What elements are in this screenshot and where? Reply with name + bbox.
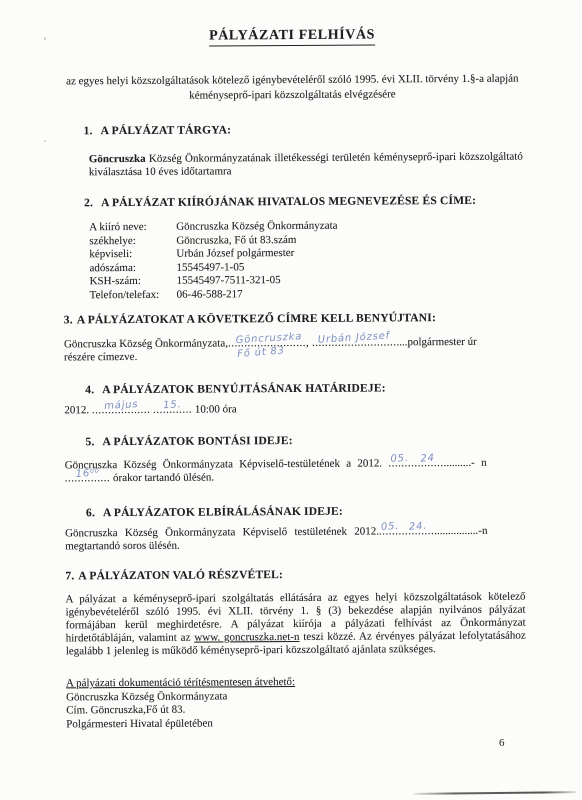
handwritten-judging-month: 05. (381, 520, 400, 534)
field-label: A kiíró neve: (89, 221, 176, 235)
section-3-line2: részére címezve. (64, 349, 524, 365)
section-6-text: Göncruszka Község Önkormányzata Képvisel… (65, 525, 379, 539)
section-4-title: A PÁLYÁZATOK BENYÚJTÁSÁNAK HATÁRIDEJE: (102, 382, 386, 396)
field-label: Telefon/telefax: (90, 288, 177, 302)
section-2-title: A PÁLYÁZAT KIÍRÓJÁNAK HIVATALOS MEGNEVEZ… (101, 195, 476, 209)
section-3-number: 3. (64, 313, 73, 327)
pickup-building: Polgármesteri Hivatal épületében (66, 715, 526, 731)
section-1-text: Község Önkormányzatának illetékességi te… (89, 151, 523, 179)
handwritten-judging-day-slot: ..........24. (402, 525, 435, 538)
handwritten-month-slot: ..................május (92, 404, 151, 417)
field-row-phone: Telefon/telefax: 06-46-588-217 (90, 286, 524, 302)
section-6-text-end: megtartandó soros ülésén. (65, 540, 180, 553)
field-value: Göncruszka, Fő út 83.szám (176, 233, 296, 247)
section-3-text-end: ....polgármester úr (396, 336, 476, 348)
section-7-heading: 7.A PÁLYÁZATON VALÓ RÉSZVÉTEL: (65, 567, 525, 584)
handwritten-day-slot: ............15. (153, 404, 192, 417)
handwritten-opening-month-slot: .......05. (388, 457, 411, 470)
section-7-body: A pályázat a kéményseprő-ipari szolgálta… (65, 591, 525, 659)
section-5-number: 5. (85, 435, 102, 449)
document-content: PÁLYÁZATI FELHÍVÁS az egyes helyi közszo… (62, 25, 526, 732)
field-value: Urbán József polgármester (176, 247, 294, 261)
section-1-number: 1. (84, 124, 101, 138)
section-5-line2: ..............16⁰⁰ órakor tartandó ülésé… (65, 470, 525, 486)
section-5-heading: 5.A PÁLYÁZATOK BONTÁSI IDEJE: (64, 433, 524, 450)
section-5-text-mid: ..........- n (444, 457, 487, 469)
handwritten-judging-day: 24. (408, 520, 427, 534)
handwritten-day: 15. (163, 398, 182, 412)
section-2-number: 2. (84, 196, 101, 210)
field-value: 06-46-588-217 (177, 288, 243, 302)
section-6-body: Göncruszka Község Önkormányzata Képvisel… (65, 525, 525, 554)
section-6-text-mid: ................-n (434, 525, 487, 537)
field-label: képviseli: (89, 248, 176, 262)
section-6-number: 6. (86, 506, 103, 520)
field-label: székhelye: (89, 234, 176, 248)
section-5-body: Göncruszka Község Önkormányzata Képvisel… (65, 457, 525, 486)
section-5-title: A PÁLYÁZATOK BONTÁSI IDEJE: (103, 435, 293, 448)
section-3-text: Göncruszka Község Önkormányzata, (64, 337, 228, 350)
handwritten-name-slot: ..........................Urbán József (312, 336, 397, 350)
scanned-document-page: PÁLYÁZATI FELHÍVÁS az egyes helyi közszo… (0, 0, 582, 800)
section-3-heading: 3.A PÁLYÁZATOKAT A KÖVETKEZŐ CÍMRE KELL … (64, 311, 524, 328)
section-3-title: A PÁLYÁZATOKAT A KÖVETKEZŐ CÍMRE KELL BE… (77, 312, 436, 326)
deadline-time: 10:00 óra (195, 403, 237, 415)
field-label: adószáma: (89, 261, 176, 275)
section-1-lead: Göncruszka (89, 153, 146, 165)
page-number: 6 (499, 737, 505, 749)
document-subtitle: az egyes helyi közszolgáltatások kötelez… (62, 72, 522, 105)
section-1-body: Göncruszka Község Önkormányzatának illet… (63, 151, 523, 180)
section-7-number: 7. (65, 569, 74, 583)
scan-artifact-line (414, 791, 576, 795)
section-4-body: 2012. ..................május ..........… (64, 402, 524, 418)
section-6-heading: 6.A PÁLYÁZATOK ELBÍRÁLÁSÁNAK IDEJE: (65, 504, 525, 521)
section-6-line2: megtartandó soros ülésén. (65, 538, 525, 554)
field-label: KSH-szám: (90, 275, 177, 289)
section-1-title: A PÁLYÁZAT TÁRGYA: (101, 124, 232, 137)
deadline-year: 2012. (64, 404, 89, 416)
section-4-heading: 4.A PÁLYÁZATOK BENYÚJTÁSÁNAK HATÁRIDEJE: (64, 381, 524, 398)
handwritten-opening-day: 24 (420, 452, 435, 466)
handwritten-month: május (104, 398, 139, 413)
section-6-title: A PÁLYÁZATOK ELBÍRÁLÁSÁNAK IDEJE: (103, 506, 343, 519)
section-3-text-cont: részére címezve. (64, 351, 137, 363)
section-5-text: Göncruszka Község Önkormányzata Képvisel… (65, 457, 383, 471)
field-value: 15545497-1-05 (176, 261, 244, 275)
section-5-text-end: órakor tartandó ülésén. (113, 471, 214, 484)
handwritten-opening-month: 05. (390, 452, 409, 466)
section-2-heading: 2.A PÁLYÁZAT KIÍRÓJÁNAK HIVATALOS MEGNEV… (63, 194, 523, 211)
handwritten-opening-hour-slot: ..............16⁰⁰ (65, 472, 111, 485)
website-link: www. goncruszka.net-n (194, 631, 299, 644)
field-value: 15545497-7511-321-05 (177, 274, 281, 288)
page-title: PÁLYÁZATI FELHÍVÁS (209, 27, 375, 46)
documentation-pickup-block: A pályázati dokumentáció térítésmentesen… (66, 675, 526, 732)
handwritten-place-slot: ........................,GöncruszkaFő út… (228, 337, 309, 350)
section-4-number: 4. (85, 383, 102, 397)
field-value: Göncruszka Község Önkormányzata (176, 220, 337, 234)
scan-speck (44, 37, 46, 40)
issuer-details: A kiíró neve: Göncruszka Község Önkormán… (63, 219, 523, 303)
section-7-title: A PÁLYÁZATON VALÓ RÉSZVÉTEL: (78, 569, 283, 582)
handwritten-opening-day-slot: ..........24 (411, 457, 444, 470)
scan-speck (44, 140, 46, 142)
section-3-body: Göncruszka Község Önkormányzata,........… (64, 336, 524, 365)
handwritten-judging-month-slot: .......05. (379, 525, 402, 538)
section-1-heading: 1.A PÁLYÁZAT TÁRGYA: (63, 122, 523, 139)
handwritten-opening-hour: 16⁰⁰ (75, 467, 100, 481)
